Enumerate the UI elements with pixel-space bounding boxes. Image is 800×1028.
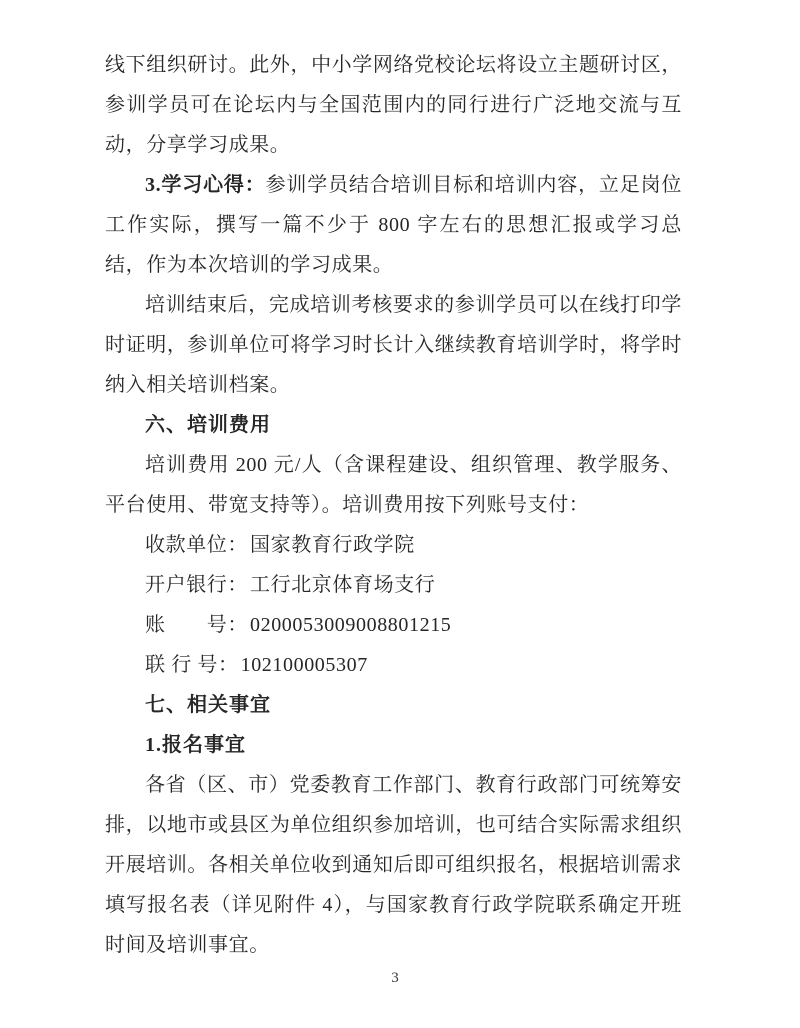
paragraph-study-notes: 3.学习心得：参训学员结合培训目标和培训内容，立足岗位工作实际，撰写一篇不少于 … [105,165,682,285]
bank-line-bank: 开户银行：工行北京体育场支行 [105,565,682,605]
branch-number-value: 102100005307 [239,654,368,676]
paragraph-registration-details: 各省（区、市）党委教育工作部门、教育行政部门可统筹安排，以地市或县区为单位组织参… [105,765,682,965]
document-content: 线下组织研讨。此外，中小学网络党校论坛将设立主题研讨区，参训学员可在论坛内与全国… [105,45,682,965]
bank-name-label: 开户银行： [145,574,248,596]
heading-related-matters: 七、相关事宜 [105,685,682,725]
account-number-label: 账 号： [145,614,248,636]
bank-line-payee: 收款单位：国家教育行政学院 [105,525,682,565]
subheading-registration: 1.报名事宜 [105,725,682,765]
bank-line-account: 账 号：0200053009008801215 [105,605,682,645]
document-page: 线下组织研讨。此外，中小学网络党校论坛将设立主题研讨区，参训学员可在论坛内与全国… [0,0,800,1028]
paragraph-completion-certificate: 培训结束后，完成培训考核要求的参训学员可以在线打印学时证明，参训单位可将学习时长… [105,285,682,405]
payee-label: 收款单位： [145,534,248,556]
paragraph-forum-discussion: 线下组织研讨。此外，中小学网络党校论坛将设立主题研讨区，参训学员可在论坛内与全国… [105,45,682,165]
page-number: 3 [0,968,790,988]
branch-number-label: 联 行 号： [145,654,239,676]
account-number-value: 0200053009008801215 [248,614,451,636]
paragraph-fee-details: 培训费用 200 元/人（含课程建设、组织管理、教学服务、平台使用、带宽支持等）… [105,445,682,525]
bank-name-value: 工行北京体育场支行 [248,574,435,596]
study-notes-lead-label: 3.学习心得： [145,174,266,196]
heading-training-fee: 六、培训费用 [105,405,682,445]
payee-value: 国家教育行政学院 [248,534,415,556]
bank-line-branch: 联 行 号：102100005307 [105,645,682,685]
